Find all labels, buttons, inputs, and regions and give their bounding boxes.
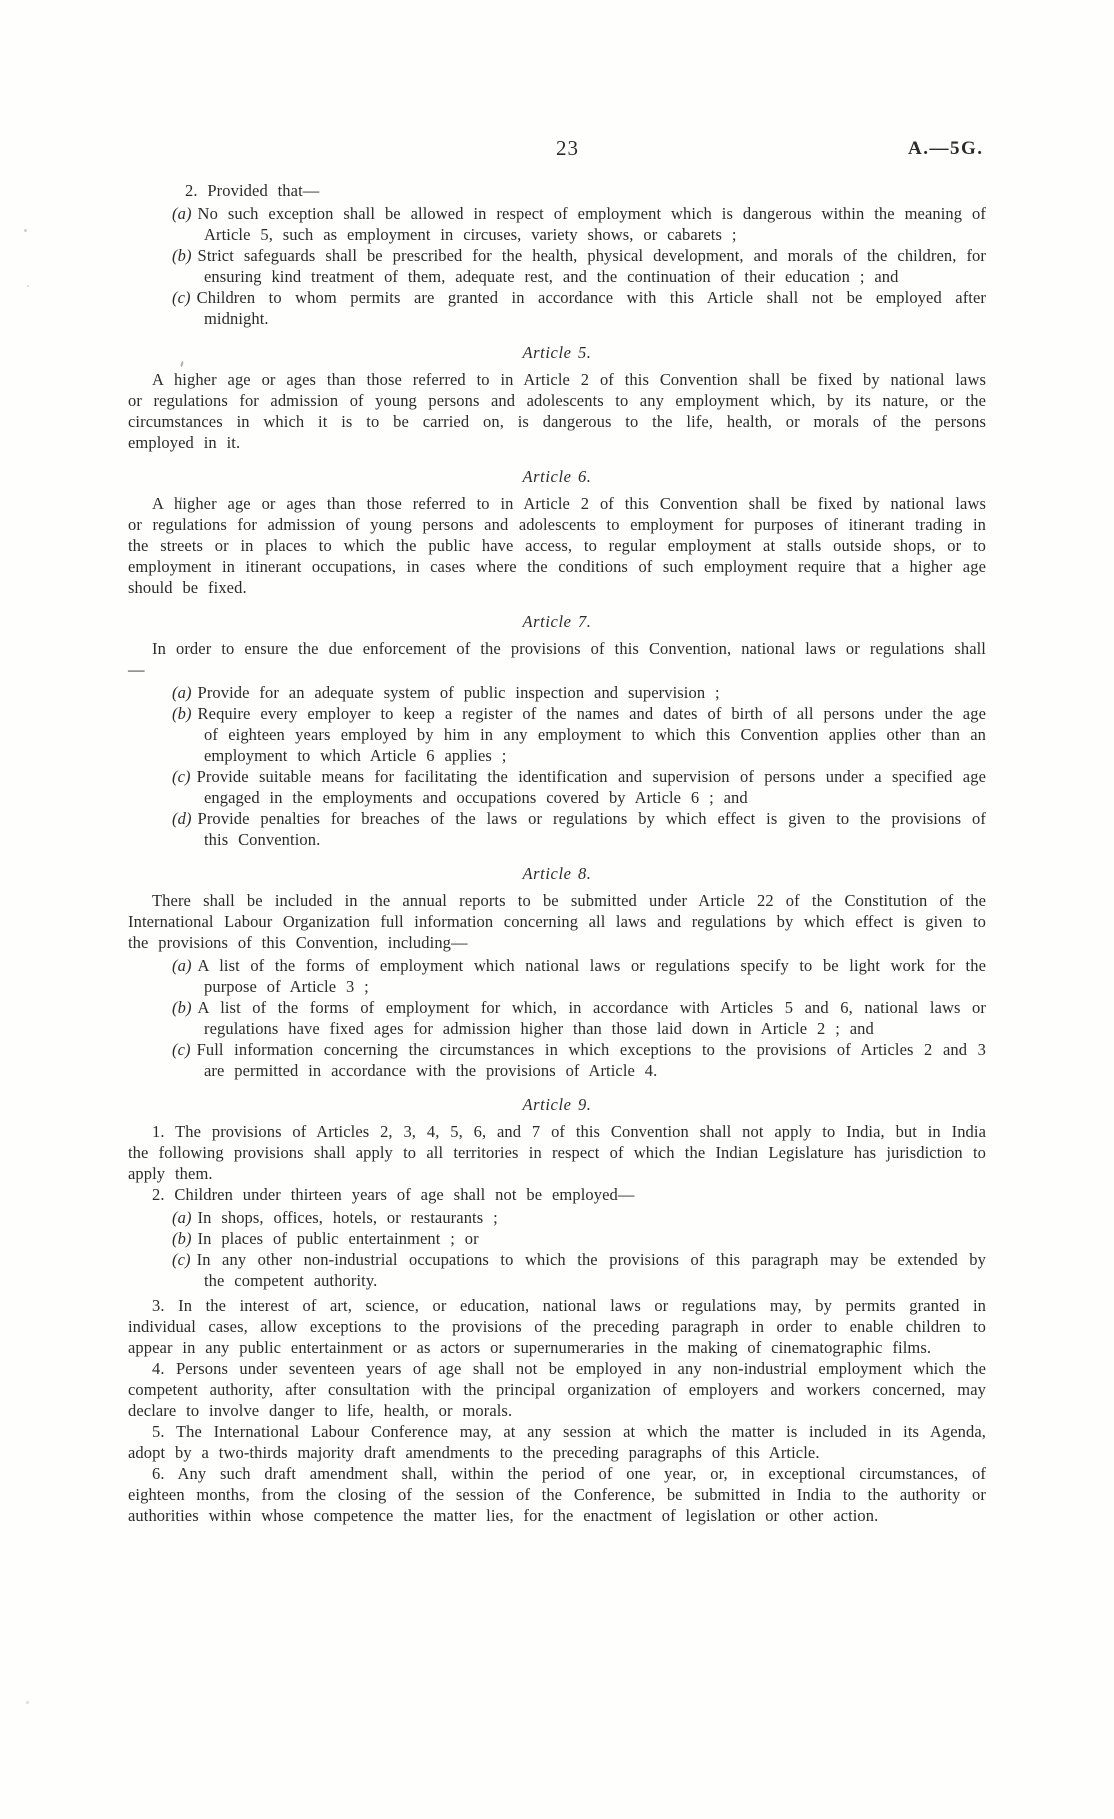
provided-list: (a)No such exception shall be allowed in… bbox=[128, 203, 986, 329]
item-text: Provide suitable means for facilitating … bbox=[197, 767, 986, 807]
article-9-paragraph-1: 1. The provisions of Articles 2, 3, 4, 5… bbox=[128, 1121, 986, 1184]
item-text: No such exception shall be allowed in re… bbox=[198, 204, 986, 244]
list-item: (a)A list of the forms of employment whi… bbox=[128, 955, 986, 997]
item-text: In any other non-industrial occupations … bbox=[197, 1250, 986, 1290]
item-text: Strict safeguards shall be prescribed fo… bbox=[198, 246, 986, 286]
item-text: Provide for an adequate system of public… bbox=[198, 683, 720, 702]
list-item: (b)A list of the forms of employment for… bbox=[128, 997, 986, 1039]
document-body: 2. Provided that— (a)No such exception s… bbox=[128, 180, 986, 1526]
article-5-paragraph: A higher age or ages than those referred… bbox=[128, 369, 986, 453]
item-marker: (d) bbox=[172, 809, 198, 828]
list-item: (c)Full information concerning the circu… bbox=[128, 1039, 986, 1081]
provided-intro: 2. Provided that— bbox=[128, 180, 986, 201]
list-item: (a)No such exception shall be allowed in… bbox=[128, 203, 986, 245]
article-9-heading: Article 9. bbox=[128, 1094, 986, 1115]
article-6-paragraph: A higher age or ages than those referred… bbox=[128, 493, 986, 598]
item-marker: (a) bbox=[172, 1208, 198, 1227]
item-text: In shops, offices, hotels, or restaurant… bbox=[198, 1208, 498, 1227]
article-9-list: (a)In shops, offices, hotels, or restaur… bbox=[128, 1207, 986, 1291]
scan-speck bbox=[26, 1701, 29, 1704]
item-text: Require every employer to keep a registe… bbox=[198, 704, 986, 765]
item-marker: (c) bbox=[172, 1250, 197, 1269]
item-text: A list of the forms of employment for wh… bbox=[198, 998, 986, 1038]
scan-speck bbox=[907, 1438, 910, 1440]
item-marker: (b) bbox=[172, 1229, 198, 1248]
article-8-list: (a)A list of the forms of employment whi… bbox=[128, 955, 986, 1081]
item-marker: (a) bbox=[172, 204, 198, 223]
article-8-intro: There shall be included in the annual re… bbox=[128, 890, 986, 953]
scan-speck bbox=[24, 229, 27, 232]
item-marker: (c) bbox=[172, 288, 197, 307]
list-item: (a)Provide for an adequate system of pub… bbox=[128, 682, 986, 703]
item-text: In places of public entertainment ; or bbox=[198, 1229, 479, 1248]
article-9-paragraph-2-intro: 2. Children under thirteen years of age … bbox=[128, 1184, 986, 1205]
item-text: Children to whom permits are granted in … bbox=[197, 288, 986, 328]
list-item: (b)In places of public entertainment ; o… bbox=[128, 1228, 986, 1249]
article-5-heading: Article 5. bbox=[128, 342, 986, 363]
article-6-heading: Article 6. bbox=[128, 466, 986, 487]
list-item: (d)Provide penalties for breaches of the… bbox=[128, 808, 986, 850]
document-page: 23 A.—5G. 2. Provided that— (a)No such e… bbox=[0, 0, 1114, 1819]
item-marker: (a) bbox=[172, 683, 198, 702]
article-9-paragraph-6: 6. Any such draft amendment shall, withi… bbox=[128, 1463, 986, 1526]
article-8-heading: Article 8. bbox=[128, 863, 986, 884]
list-item: (b)Require every employer to keep a regi… bbox=[128, 703, 986, 766]
item-marker: (b) bbox=[172, 704, 198, 723]
item-text: A list of the forms of employment which … bbox=[198, 956, 986, 996]
item-marker: (c) bbox=[172, 767, 197, 786]
article-9-paragraph-4: 4. Persons under seventeen years of age … bbox=[128, 1358, 986, 1421]
page-number: 23 bbox=[556, 136, 579, 161]
scan-speck bbox=[27, 285, 29, 287]
article-9-paragraph-5: 5. The International Labour Conference m… bbox=[128, 1421, 986, 1463]
list-item: (c)Children to whom permits are granted … bbox=[128, 287, 986, 329]
article-9-paragraph-3: 3. In the interest of art, science, or e… bbox=[128, 1295, 986, 1358]
article-7-heading: Article 7. bbox=[128, 611, 986, 632]
list-item: (b)Strict safeguards shall be prescribed… bbox=[128, 245, 986, 287]
list-item: (c)In any other non-industrial occupatio… bbox=[128, 1249, 986, 1291]
item-marker: (b) bbox=[172, 246, 198, 265]
article-7-intro: In order to ensure the due enforcement o… bbox=[128, 638, 986, 680]
item-text: Full information concerning the circumst… bbox=[197, 1040, 986, 1080]
item-marker: (c) bbox=[172, 1040, 197, 1059]
article-7-list: (a)Provide for an adequate system of pub… bbox=[128, 682, 986, 850]
doc-reference: A.—5G. bbox=[908, 138, 984, 160]
item-marker: (b) bbox=[172, 998, 198, 1017]
item-text: Provide penalties for breaches of the la… bbox=[198, 809, 986, 849]
item-marker: (a) bbox=[172, 956, 198, 975]
list-item: (c)Provide suitable means for facilitati… bbox=[128, 766, 986, 808]
list-item: (a)In shops, offices, hotels, or restaur… bbox=[128, 1207, 986, 1228]
